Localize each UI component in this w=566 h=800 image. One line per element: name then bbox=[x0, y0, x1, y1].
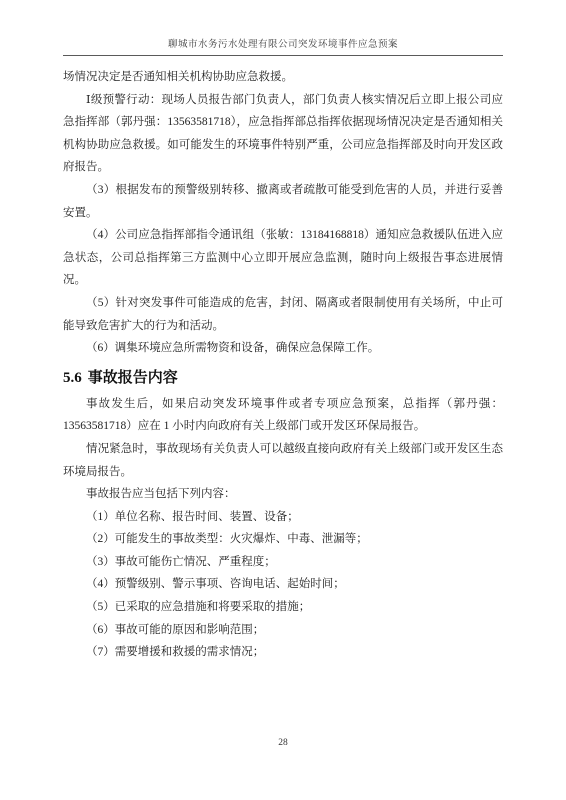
list-item: （5）已采取的应急措施和将要采取的措施； bbox=[63, 596, 503, 619]
paragraph: 情况紧急时，事故现场有关负责人可以越级直接向政府有关上级部门或开发区生态环境局报… bbox=[63, 438, 503, 483]
page-footer: 28 bbox=[0, 738, 566, 748]
paragraph: （4）公司应急指挥部指令通讯组（张敏：13184168818）通知应急救援队伍进… bbox=[63, 224, 503, 292]
paragraph: 事故发生后，如果启动突发环境事件或者专项应急预案，总指挥（郭丹强：1356358… bbox=[63, 393, 503, 438]
page-header: 聊城市水务污水处理有限公司突发环境事件应急预案 bbox=[63, 36, 503, 56]
list-item: （1）单位名称、报告时间、装置、设备； bbox=[63, 506, 503, 529]
page-number: 28 bbox=[278, 738, 288, 748]
section-heading-number: 5.6 bbox=[63, 370, 82, 386]
list-item: （7）需要增援和救援的需求情况； bbox=[63, 641, 503, 664]
section-heading: 5.6事故报告内容 bbox=[63, 366, 503, 390]
paragraph: Ⅰ级预警行动：现场人员报告部门负责人，部门负责人核实情况后立即上报公司应急指挥部… bbox=[63, 89, 503, 179]
paragraph: 场情况决定是否通知相关机构协助应急救援。 bbox=[63, 66, 503, 89]
paragraph: （6）调集环境应急所需物资和设备，确保应急保障工作。 bbox=[63, 337, 503, 360]
document-body: 场情况决定是否通知相关机构协助应急救援。 Ⅰ级预警行动：现场人员报告部门负责人，… bbox=[63, 66, 503, 664]
list-item: （3）事故可能伤亡情况、严重程度； bbox=[63, 551, 503, 574]
list-item: （4）预警级别、警示事项、咨询电话、起始时间； bbox=[63, 573, 503, 596]
paragraph: （5）针对突发事件可能造成的危害，封闭、隔离或者限制使用有关场所，中止可能导致危… bbox=[63, 292, 503, 337]
page-header-title: 聊城市水务污水处理有限公司突发环境事件应急预案 bbox=[168, 40, 398, 50]
section-heading-title: 事故报告内容 bbox=[88, 370, 178, 386]
list-item: （2）可能发生的事故类型：火灾爆炸、中毒、泄漏等； bbox=[63, 528, 503, 551]
document-page: 聊城市水务污水处理有限公司突发环境事件应急预案 场情况决定是否通知相关机构协助应… bbox=[0, 0, 566, 800]
list-item: （6）事故可能的原因和影响范围； bbox=[63, 619, 503, 642]
paragraph: （3）根据发布的预警级别转移、撤离或者疏散可能受到危害的人员，并进行妥善安置。 bbox=[63, 179, 503, 224]
paragraph: 事故报告应当包括下列内容： bbox=[63, 483, 503, 506]
